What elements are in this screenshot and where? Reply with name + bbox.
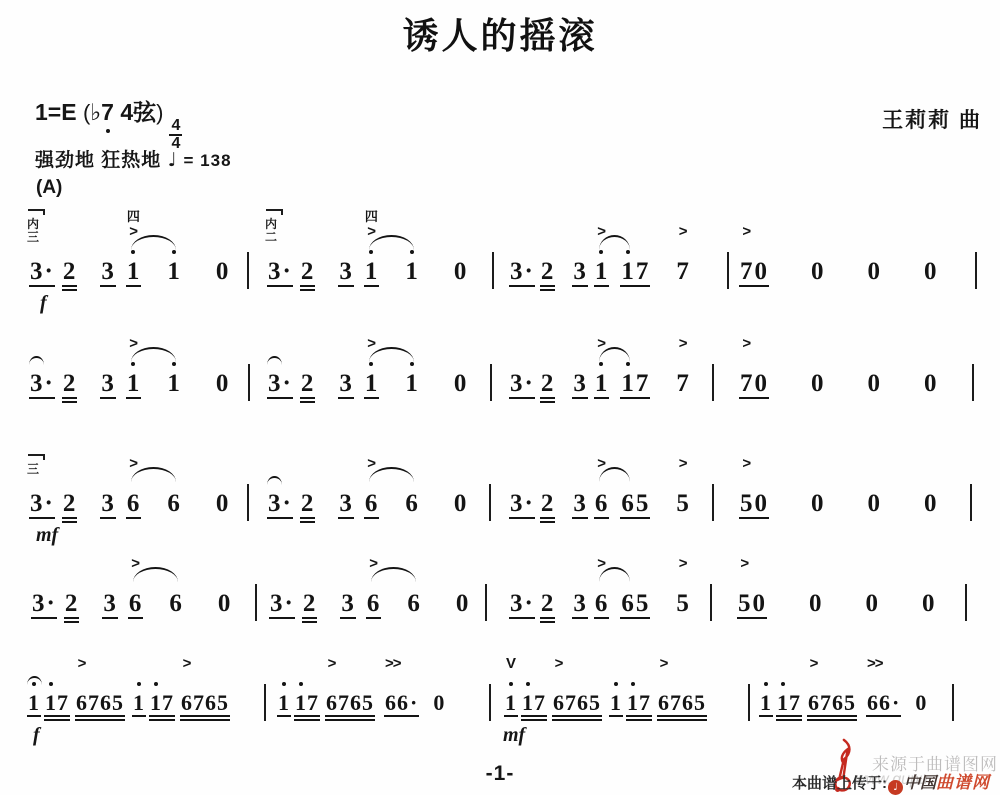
site-name-red: 曲谱网 bbox=[936, 773, 990, 792]
note-digit: 5 bbox=[362, 690, 373, 715]
barline bbox=[485, 584, 487, 621]
high-octave-dot bbox=[764, 682, 768, 686]
note: 6> bbox=[553, 689, 564, 717]
key-tonic: 1 bbox=[35, 99, 48, 125]
note: 6 bbox=[577, 689, 588, 717]
note: 0 bbox=[433, 689, 444, 717]
note-digit: 3 bbox=[30, 370, 43, 397]
note-digit: 1 bbox=[621, 258, 634, 285]
underline bbox=[340, 617, 356, 619]
note: 6 bbox=[100, 689, 111, 717]
note: 5 bbox=[636, 489, 649, 519]
tempo-bpm: = 138 bbox=[184, 151, 232, 170]
note-digit: 7 bbox=[636, 370, 649, 397]
barline bbox=[972, 364, 974, 401]
note: 6 bbox=[205, 689, 216, 717]
measure: 5>0000 bbox=[738, 589, 935, 619]
barline bbox=[712, 484, 714, 521]
note-digit: 0 bbox=[218, 590, 231, 617]
note-digit: 7 bbox=[338, 690, 349, 715]
underline bbox=[300, 521, 316, 523]
note: 3·内三 bbox=[30, 257, 53, 287]
underline bbox=[594, 517, 610, 519]
note: 7 bbox=[789, 689, 800, 717]
note: 6> bbox=[367, 589, 380, 619]
note: 7 bbox=[636, 369, 649, 399]
note-digit: 1 bbox=[28, 690, 39, 715]
note-digit: 6 bbox=[595, 590, 608, 617]
note-digit: 0 bbox=[456, 590, 469, 617]
tie bbox=[267, 356, 282, 365]
high-octave-dot bbox=[626, 362, 630, 366]
barline bbox=[712, 364, 714, 401]
underline bbox=[752, 617, 768, 619]
dynamic-marking: mf bbox=[503, 724, 525, 747]
note-digit: 3 bbox=[510, 370, 523, 397]
note: 3 bbox=[103, 589, 116, 619]
underline bbox=[62, 397, 78, 399]
note: 0 bbox=[216, 257, 229, 287]
note-digit: 6 bbox=[658, 690, 669, 715]
barline bbox=[247, 484, 249, 521]
note: 0 bbox=[811, 257, 824, 287]
note: 0 bbox=[454, 489, 467, 519]
high-octave-dot bbox=[369, 250, 373, 254]
note: 6 bbox=[167, 489, 180, 519]
underline bbox=[269, 617, 295, 619]
underline bbox=[302, 621, 318, 623]
note: 1V bbox=[505, 689, 516, 717]
note-digit: 6 bbox=[205, 690, 216, 715]
note: 3 bbox=[573, 257, 586, 287]
note-digit: 1 bbox=[760, 690, 771, 715]
underline bbox=[338, 285, 354, 287]
note: 0 bbox=[216, 489, 229, 519]
note-digit: 6 bbox=[326, 690, 337, 715]
underline bbox=[62, 401, 78, 403]
note-digit: 6 bbox=[367, 590, 380, 617]
note-digit: 0 bbox=[755, 370, 768, 397]
underline bbox=[277, 715, 291, 717]
augmentation-dot: · bbox=[283, 490, 291, 517]
note: 1 bbox=[627, 689, 638, 717]
composer-credit: 王莉莉 曲 bbox=[882, 104, 982, 134]
note-digit: 7 bbox=[57, 690, 68, 715]
measure: 3·231>10 bbox=[268, 369, 466, 399]
note-digit: 3 bbox=[101, 370, 114, 397]
music-line: 3·231>103·231>103·231>177>7>0000 bbox=[0, 369, 1000, 415]
underline bbox=[306, 715, 320, 717]
underline bbox=[739, 397, 755, 399]
underline bbox=[635, 397, 651, 399]
annotation-bracket bbox=[266, 209, 283, 215]
accent-mark: >> bbox=[867, 658, 878, 670]
augmentation-dot: · bbox=[525, 490, 533, 517]
underline bbox=[361, 719, 375, 721]
note-digit: 2 bbox=[541, 490, 554, 517]
note: 3 bbox=[573, 589, 586, 619]
augmentation-dot: · bbox=[283, 370, 291, 397]
underline bbox=[739, 517, 755, 519]
note: 7> bbox=[676, 369, 689, 399]
measure: 1V176>7651176>765 bbox=[505, 689, 705, 717]
underline bbox=[509, 517, 535, 519]
note: 3· bbox=[510, 369, 533, 399]
annotation-bracket bbox=[28, 209, 45, 215]
underline bbox=[572, 617, 588, 619]
note: 1 bbox=[133, 689, 144, 717]
note: 3 bbox=[101, 489, 114, 519]
underline bbox=[111, 719, 125, 721]
note-digit: 6 bbox=[169, 590, 182, 617]
note: 6 bbox=[621, 489, 634, 519]
tie bbox=[29, 356, 44, 365]
note: 0 bbox=[216, 369, 229, 399]
note: 6> bbox=[181, 689, 192, 717]
underline bbox=[843, 715, 857, 717]
note: 3· bbox=[510, 589, 533, 619]
note: 5> bbox=[738, 589, 751, 619]
note: 1 bbox=[610, 689, 621, 717]
underline bbox=[126, 285, 142, 287]
finger-annotation: 四 bbox=[127, 210, 140, 223]
measure: 3·231>177> bbox=[510, 257, 689, 287]
note: 3 bbox=[341, 589, 354, 619]
accent-mark: > bbox=[740, 226, 753, 238]
barline bbox=[248, 364, 250, 401]
accent-mark: > bbox=[676, 558, 689, 570]
key-mode: E bbox=[61, 99, 76, 125]
footer-upload-line: 本曲谱上传于:♩中国曲谱网 bbox=[792, 768, 990, 795]
note: 6> bbox=[326, 689, 337, 717]
note: 0 bbox=[924, 489, 937, 519]
measure: 3·231>10 bbox=[30, 369, 228, 399]
note-digit: 6 bbox=[365, 490, 378, 517]
section-label: (A) bbox=[36, 177, 62, 199]
string-annotation: 三 bbox=[27, 453, 61, 476]
note-digit: 1 bbox=[627, 690, 638, 715]
note: 2 bbox=[63, 257, 76, 287]
note: 7 bbox=[162, 689, 173, 717]
note: 3 bbox=[101, 257, 114, 287]
high-octave-dot bbox=[410, 250, 414, 254]
note-digit: 5 bbox=[112, 690, 123, 715]
note-digit: 2 bbox=[63, 258, 76, 285]
note-digit: 6 bbox=[577, 690, 588, 715]
note-digit: 6 bbox=[129, 590, 142, 617]
accent-mark: > bbox=[738, 558, 751, 570]
dynamic-marking: f bbox=[33, 724, 40, 747]
note: 1> bbox=[595, 369, 608, 399]
note-digit: 6 bbox=[621, 490, 634, 517]
note-digit: 5 bbox=[738, 590, 751, 617]
note-digit: 2 bbox=[301, 490, 314, 517]
accent-mark: > bbox=[808, 658, 819, 670]
underline bbox=[594, 397, 610, 399]
barline bbox=[975, 252, 977, 289]
note-digit: 3 bbox=[573, 490, 586, 517]
dynamic-marking: f bbox=[40, 292, 47, 315]
note: 0 bbox=[915, 689, 926, 717]
underline bbox=[588, 719, 602, 721]
note-digit: 5 bbox=[844, 690, 855, 715]
note: 1>四 bbox=[127, 257, 140, 287]
note-digit: 3 bbox=[32, 590, 45, 617]
note: 3·三 bbox=[30, 489, 53, 519]
underline bbox=[29, 285, 55, 287]
note: 1 bbox=[621, 369, 634, 399]
note: 0 bbox=[811, 369, 824, 399]
note: 0 bbox=[454, 369, 467, 399]
note: 6 bbox=[682, 689, 693, 717]
note-digit: 6 bbox=[167, 490, 180, 517]
note: 1 bbox=[278, 689, 289, 717]
note-digit: 7 bbox=[639, 690, 650, 715]
note: 5 bbox=[112, 689, 123, 717]
note-digit: 2 bbox=[65, 590, 78, 617]
underline bbox=[267, 285, 293, 287]
measure: 3·236>655> bbox=[510, 589, 689, 619]
measure: 1176>7656>>6·0 bbox=[278, 689, 444, 717]
underline bbox=[693, 715, 707, 717]
music-line: fmf1176>7651176>7651176>7656>>6·01V176>7… bbox=[0, 689, 1000, 735]
note: 2 bbox=[541, 369, 554, 399]
note: 6 bbox=[405, 489, 418, 519]
note-digit: 3 bbox=[510, 590, 523, 617]
accent-mark: > bbox=[553, 658, 564, 670]
note-digit: 0 bbox=[216, 490, 229, 517]
note-digit: 0 bbox=[915, 690, 926, 715]
underline bbox=[540, 517, 556, 519]
measure: 3·231>177> bbox=[510, 369, 689, 399]
measure: 3·236>60 bbox=[270, 589, 468, 619]
measure: 7>0000 bbox=[740, 369, 937, 399]
note-digit: 7 bbox=[534, 690, 545, 715]
underline bbox=[638, 719, 652, 721]
note: 5 bbox=[694, 689, 705, 717]
annotation-bracket bbox=[28, 454, 45, 460]
underline bbox=[754, 285, 770, 287]
note: 3 bbox=[339, 489, 352, 519]
underline bbox=[540, 521, 556, 523]
note-digit: 0 bbox=[924, 258, 937, 285]
underline bbox=[540, 397, 556, 399]
measure: 1176>7651176>765 bbox=[28, 689, 228, 717]
note-digit: 6 bbox=[127, 490, 140, 517]
note: 1 bbox=[295, 689, 306, 717]
annotation-text: 二 bbox=[265, 231, 299, 244]
note: 3· bbox=[270, 589, 293, 619]
high-octave-dot bbox=[131, 362, 135, 366]
note-digit: 0 bbox=[868, 490, 881, 517]
note: 1 bbox=[150, 689, 161, 717]
underline bbox=[620, 397, 636, 399]
note-digit: 0 bbox=[922, 590, 935, 617]
underline bbox=[594, 617, 610, 619]
note-digit: 3 bbox=[101, 258, 114, 285]
footer-upload-prefix: 本曲谱上传于: bbox=[792, 775, 887, 792]
note: 5 bbox=[844, 689, 855, 717]
underline bbox=[361, 715, 375, 717]
tempo-expression: 强劲地 狂热地 bbox=[35, 150, 161, 171]
note: 6> bbox=[365, 489, 378, 519]
note-digit: 7 bbox=[670, 690, 681, 715]
note: 7> bbox=[740, 257, 753, 287]
measure: 3·内二231>四10 bbox=[268, 257, 466, 287]
key-close-paren: ) bbox=[156, 100, 163, 125]
note-digit: 1 bbox=[505, 690, 516, 715]
augmentation-dot: · bbox=[45, 370, 53, 397]
note: 5 bbox=[362, 689, 373, 717]
note: 6> bbox=[595, 589, 608, 619]
note-digit: 2 bbox=[63, 490, 76, 517]
note-digit: 1 bbox=[133, 690, 144, 715]
underline bbox=[102, 617, 118, 619]
note-digit: 6 bbox=[407, 590, 420, 617]
accent-mark: > bbox=[127, 338, 140, 350]
underline bbox=[609, 715, 623, 717]
note-digit: 5 bbox=[676, 590, 689, 617]
note-digit: 1 bbox=[127, 370, 140, 397]
note-digit: 6 bbox=[595, 490, 608, 517]
note-digit: 5 bbox=[676, 490, 689, 517]
note-digit: 3 bbox=[573, 258, 586, 285]
note: 0 bbox=[924, 257, 937, 287]
note: 7 bbox=[338, 689, 349, 717]
note: 5> bbox=[676, 489, 689, 519]
note-digit: 6 bbox=[553, 690, 564, 715]
note: 3·内二 bbox=[268, 257, 291, 287]
accent-mark: > bbox=[326, 658, 337, 670]
accent-mark: > bbox=[181, 658, 192, 670]
underline bbox=[56, 715, 70, 717]
underline bbox=[300, 285, 316, 287]
note-digit: 1 bbox=[405, 370, 418, 397]
underline bbox=[338, 397, 354, 399]
note-digit: 3 bbox=[30, 490, 43, 517]
underline bbox=[788, 715, 802, 717]
underline bbox=[635, 285, 651, 287]
note-digit: 3 bbox=[268, 370, 281, 397]
note: 1 bbox=[405, 257, 418, 287]
note-digit: 7 bbox=[820, 690, 831, 715]
accent-mark: > bbox=[676, 226, 689, 238]
high-octave-dot bbox=[631, 682, 635, 686]
note: 0 bbox=[454, 257, 467, 287]
augmentation-dot: · bbox=[525, 370, 533, 397]
barline bbox=[952, 684, 954, 721]
high-octave-dot bbox=[172, 250, 176, 254]
augmentation-dot: · bbox=[525, 590, 533, 617]
barline bbox=[490, 364, 492, 401]
dynamic-marking: mf bbox=[36, 524, 58, 547]
note-digit: 6 bbox=[808, 690, 819, 715]
underline bbox=[338, 517, 354, 519]
barline bbox=[247, 252, 249, 289]
note-digit: 6 bbox=[832, 690, 843, 715]
note: 6> bbox=[658, 689, 669, 717]
accent-mark: >> bbox=[385, 658, 396, 670]
note-digit: 7 bbox=[676, 258, 689, 285]
high-octave-dot bbox=[626, 250, 630, 254]
accent-mark: > bbox=[740, 338, 753, 350]
note-digit: 1 bbox=[595, 258, 608, 285]
note: 5 bbox=[636, 589, 649, 619]
underline bbox=[62, 289, 78, 291]
note: 0 bbox=[218, 589, 231, 619]
underline bbox=[504, 715, 518, 717]
underline bbox=[540, 621, 556, 623]
note: 7 bbox=[820, 689, 831, 717]
note: 6 bbox=[407, 589, 420, 619]
note: 0 bbox=[866, 589, 879, 619]
measure: 3·236>60 bbox=[32, 589, 230, 619]
accent-mark: > bbox=[676, 458, 689, 470]
measure: 5>0000 bbox=[740, 489, 937, 519]
measure: 1176>7656>>6·0 bbox=[760, 689, 926, 717]
measure: 3·236>60 bbox=[268, 489, 466, 519]
note-digit: 6 bbox=[350, 690, 361, 715]
barline bbox=[970, 484, 972, 521]
underline bbox=[300, 289, 316, 291]
note: 6> bbox=[129, 589, 142, 619]
note: 1> bbox=[595, 257, 608, 287]
augmentation-dot: · bbox=[525, 258, 533, 285]
note-digit: 3 bbox=[268, 490, 281, 517]
note: 3· bbox=[510, 489, 533, 519]
measure: 3·内三231>四10 bbox=[30, 257, 228, 287]
tempo-marking: 强劲地 狂热地 ♩= 138 bbox=[35, 145, 232, 172]
underline bbox=[126, 517, 142, 519]
augmentation-dot: · bbox=[410, 690, 417, 715]
high-octave-dot bbox=[282, 682, 286, 686]
note: 1 bbox=[760, 689, 771, 717]
note: 2 bbox=[541, 489, 554, 519]
flat-icon: ♭ bbox=[90, 100, 101, 126]
note: 1 bbox=[167, 369, 180, 399]
note-digit: 3 bbox=[510, 258, 523, 285]
note: 5> bbox=[740, 489, 753, 519]
note: 0 bbox=[755, 489, 768, 519]
barline bbox=[255, 584, 257, 621]
barline bbox=[748, 684, 750, 721]
note-digit: 6 bbox=[100, 690, 111, 715]
note-digit: 0 bbox=[924, 370, 937, 397]
string-annotation: 内三 bbox=[27, 208, 61, 244]
note: 0 bbox=[456, 589, 469, 619]
note: 1> bbox=[365, 369, 378, 399]
note: 6 bbox=[621, 589, 634, 619]
note: 1 bbox=[621, 257, 634, 287]
underline bbox=[161, 719, 175, 721]
underline bbox=[737, 617, 753, 619]
note-digit: 3 bbox=[341, 590, 354, 617]
high-octave-dot bbox=[49, 682, 53, 686]
underline bbox=[572, 517, 588, 519]
note: 1 bbox=[45, 689, 56, 717]
note-digit: 6 bbox=[879, 690, 890, 715]
underline bbox=[128, 617, 144, 619]
note-digit: 7 bbox=[193, 690, 204, 715]
note-digit: 1 bbox=[405, 258, 418, 285]
note: 1> bbox=[127, 369, 140, 399]
annotation-text: 三 bbox=[27, 231, 61, 244]
note-digit: 3 bbox=[339, 370, 352, 397]
high-octave-dot bbox=[410, 362, 414, 366]
note-digit: 0 bbox=[755, 258, 768, 285]
high-octave-dot bbox=[614, 682, 618, 686]
accent-mark: > bbox=[365, 338, 378, 350]
